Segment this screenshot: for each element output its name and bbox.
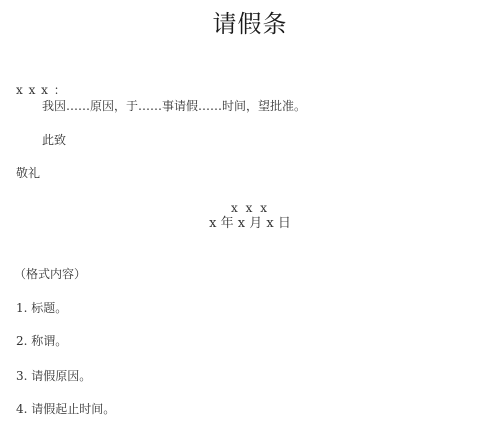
format-item: 2. 称谓。	[16, 333, 67, 349]
salutation: x x x ：	[16, 82, 67, 98]
signature-date: x 年 x 月 x 日	[0, 216, 500, 232]
closing-line-2: 敬礼	[16, 165, 40, 181]
format-item: 3. 请假原因。	[16, 368, 91, 384]
closing-line-1: 此致	[42, 132, 66, 148]
signer-name: x x x	[0, 200, 500, 216]
format-item: 4. 请假起止时间。	[16, 401, 115, 417]
body-paragraph: 我因……原因，于……事请假……时间，望批准。	[42, 98, 306, 114]
format-heading: （格式内容）	[14, 266, 86, 282]
format-item: 1. 标题。	[16, 300, 67, 316]
document-title: 请假条	[0, 8, 500, 40]
